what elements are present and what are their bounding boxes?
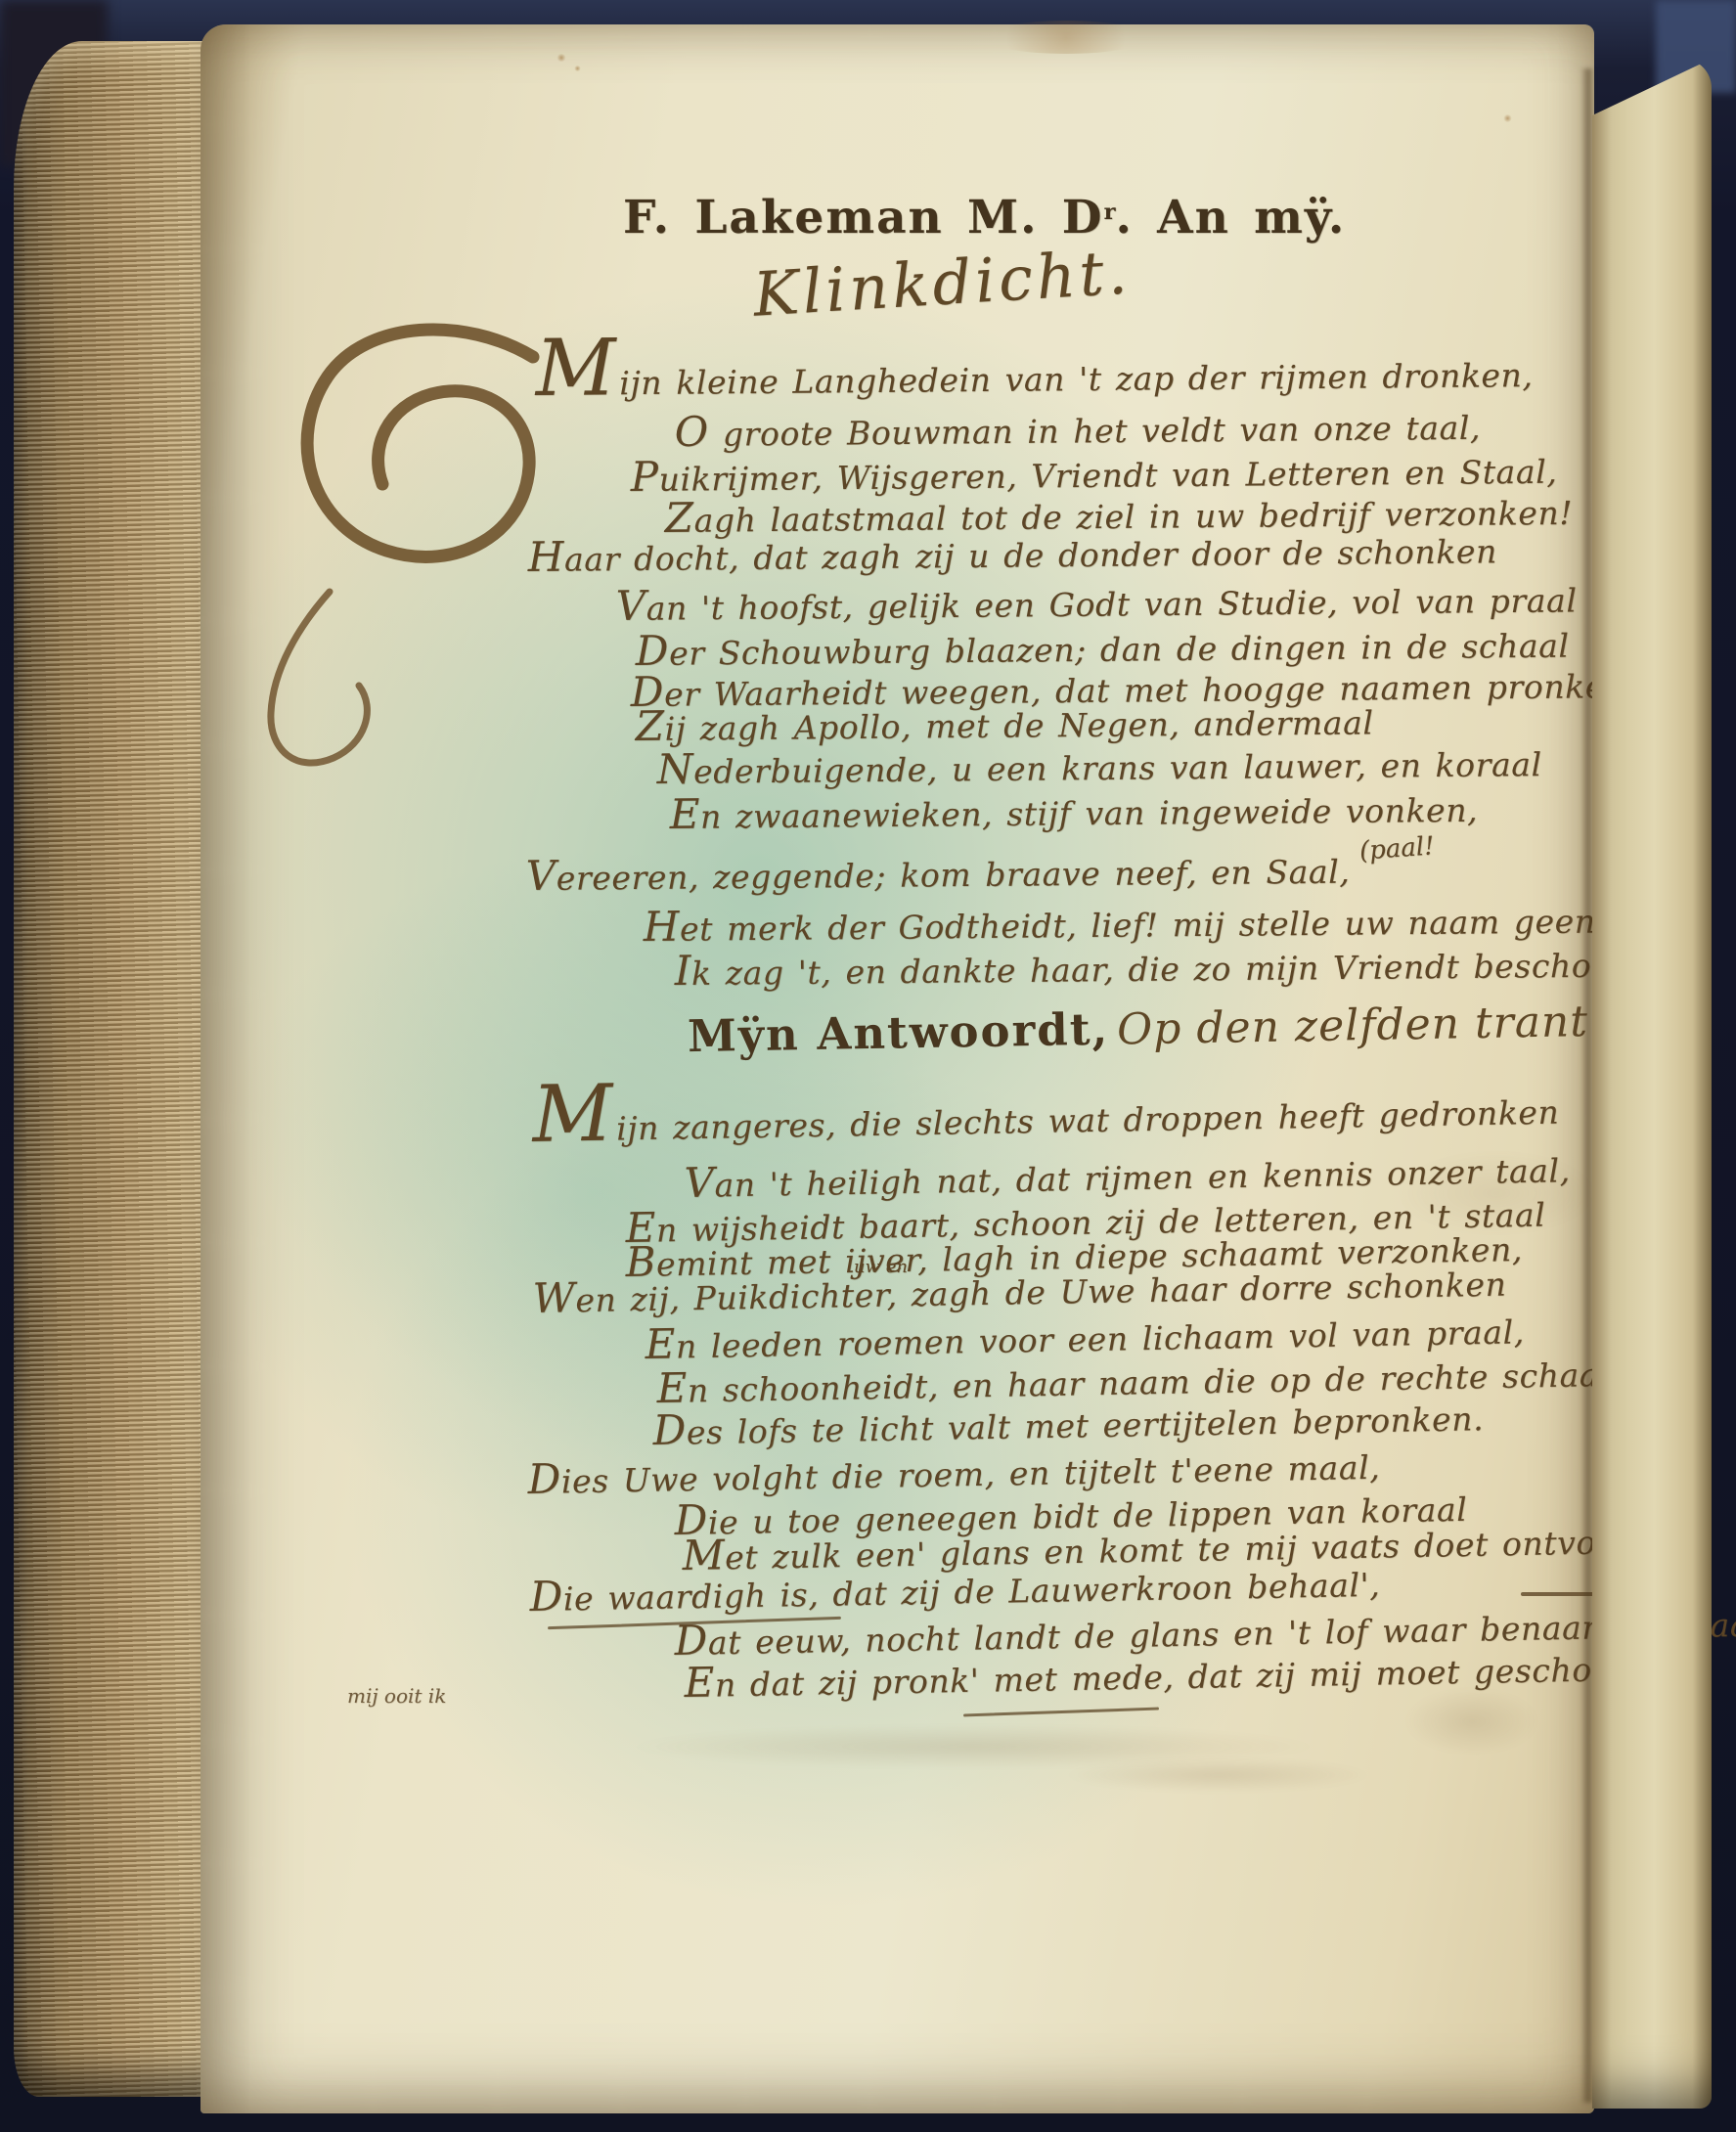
- ink-bleedthrough: [1394, 1149, 1599, 1237]
- author-heading-right: . An mÿ.: [1115, 191, 1346, 244]
- ink-spot: [574, 66, 581, 71]
- poem-line: Ik zag 't, en dankte haar, die zo mijn V…: [675, 945, 1685, 995]
- poem-line: Mijn zangeres, die slechts wat droppen h…: [532, 1092, 1559, 1151]
- margin-note: (paal!: [1358, 831, 1435, 866]
- poem-line: Die waardigh is, dat zij de Lauwerkroon …: [529, 1565, 1380, 1621]
- author-heading: F. Lakeman M. Dr. An mÿ.: [623, 191, 1346, 244]
- paper-stain: [983, 21, 1149, 54]
- poem-line: Vereeren, zeggende; kom braave neef, en …: [526, 852, 1351, 900]
- poem-line: Van 't hoofst, gelijk een Godt van Studi…: [616, 580, 1578, 630]
- facing-page-edge: [1592, 59, 1712, 2109]
- ink-bleedthrough: [1061, 1757, 1374, 1793]
- ink-spot: [1503, 114, 1512, 122]
- poem-line: Nederbuigende, u een krans van lauwer, e…: [657, 744, 1542, 793]
- poem-line: Het merk der Godtheidt, lief! mij stelle…: [644, 902, 1596, 951]
- page-crease: [1580, 68, 1594, 2103]
- poem-title: Klinkdicht.: [751, 236, 1133, 330]
- author-heading-superscript: r: [1104, 200, 1116, 225]
- poem-line: Zij zagh Apollo, met de Negen, andermaal: [636, 702, 1374, 750]
- poem-line: En zwaanewieken, stijf van ingeweide von…: [670, 790, 1479, 838]
- manuscript-page: F. Lakeman M. Dr. An mÿ. Klinkdicht. Mij…: [200, 24, 1594, 2113]
- answer-heading: Mÿn Antwoordt,Op den zelfden trant.: [688, 995, 1604, 1062]
- ink-underline: [963, 1708, 1159, 1717]
- photo-background: F. Lakeman M. Dr. An mÿ. Klinkdicht. Mij…: [0, 0, 1736, 2132]
- ink-spot: [556, 54, 566, 62]
- poem-line: Haar docht, dat zagh zij u de donder doo…: [528, 531, 1497, 581]
- answer-heading-cursive: Op den zelfden trant.: [1117, 997, 1604, 1055]
- poem-line: Mijn kleine Langhedein van 't zap der ri…: [536, 355, 1534, 405]
- poem-line: O groote Bouwman in het veldt van onze t…: [675, 408, 1482, 456]
- answer-heading-roman: Mÿn Antwoordt,: [688, 1003, 1110, 1063]
- page-edges-spine: [14, 41, 211, 2097]
- footer-margin-note: mij ooit ik: [347, 1684, 446, 1708]
- ink-bleedthrough: [1403, 1687, 1540, 1755]
- author-heading-left: F. Lakeman M. D: [623, 191, 1104, 244]
